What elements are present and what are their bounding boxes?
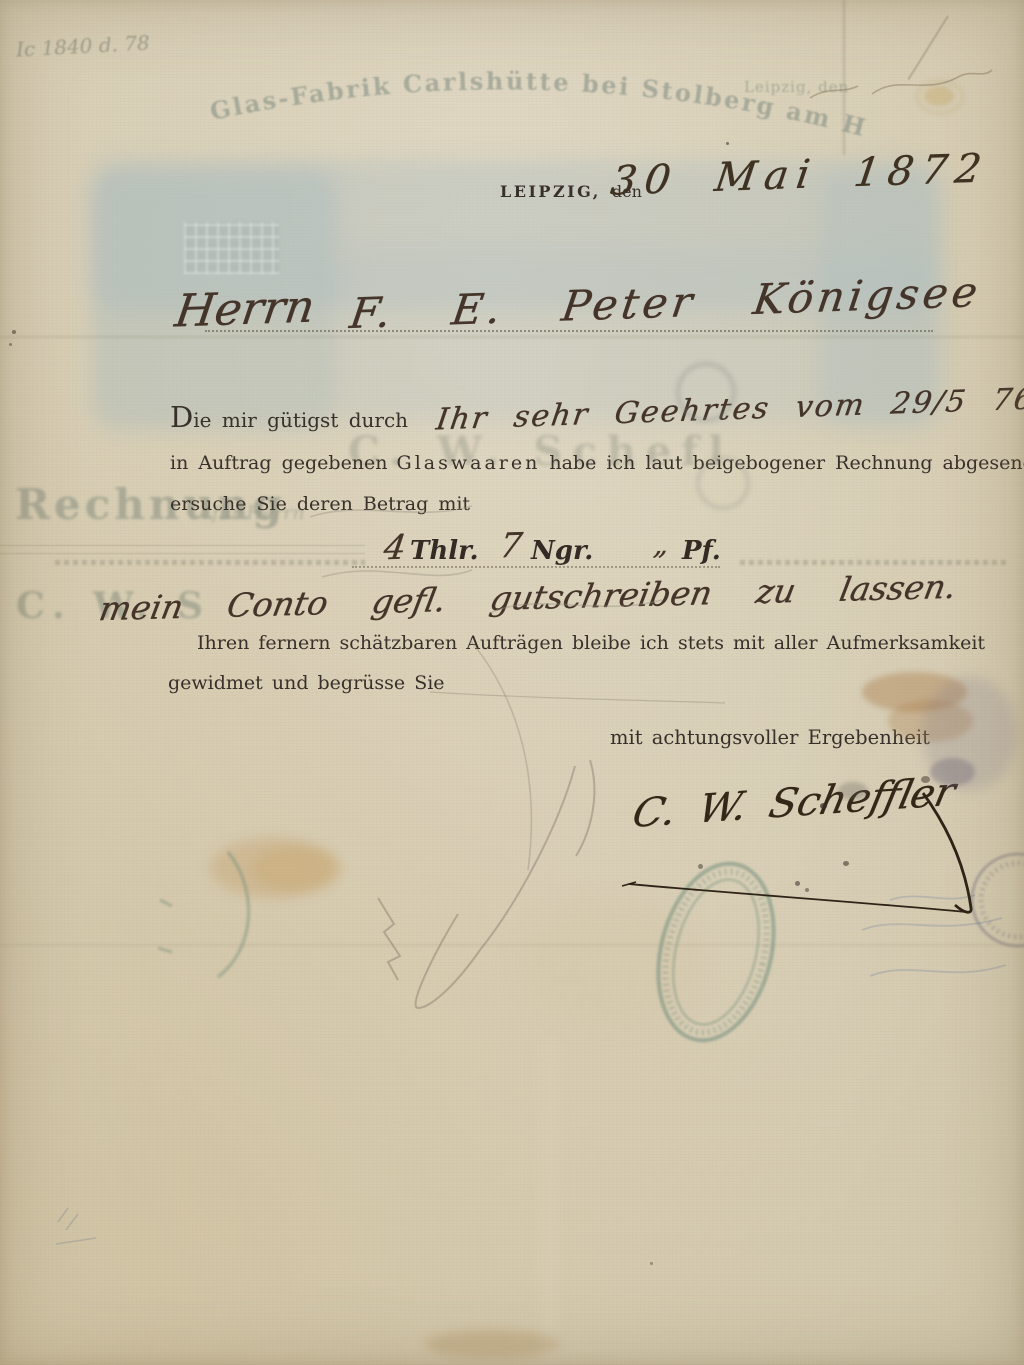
circular-stamp-ghost-right bbox=[972, 854, 1024, 946]
verso-script-ghost bbox=[310, 506, 662, 870]
scanned-letter-page: Rechnung für Herrn C. W. S C. W. Schefl … bbox=[0, 0, 1024, 1365]
verso-script-ghost-blue bbox=[862, 895, 1006, 976]
handwriting-and-stamps-overlay: Glas-Fabrik Carlshütte bei Stolberg am H… bbox=[0, 0, 1024, 1365]
partial-stamp-ghost-left bbox=[158, 852, 249, 977]
margin-pencil-marks bbox=[56, 1208, 96, 1244]
oval-stamp-ghost bbox=[641, 851, 791, 1052]
circular-stamp-ghost bbox=[698, 458, 748, 508]
signature-flourish bbox=[622, 793, 971, 912]
ghost-arc-letterhead: Glas-Fabrik Carlshütte bei Stolberg am H… bbox=[0, 0, 871, 143]
circular-stamp-ghost bbox=[678, 364, 734, 420]
ghost-date-scrawl bbox=[810, 70, 992, 98]
